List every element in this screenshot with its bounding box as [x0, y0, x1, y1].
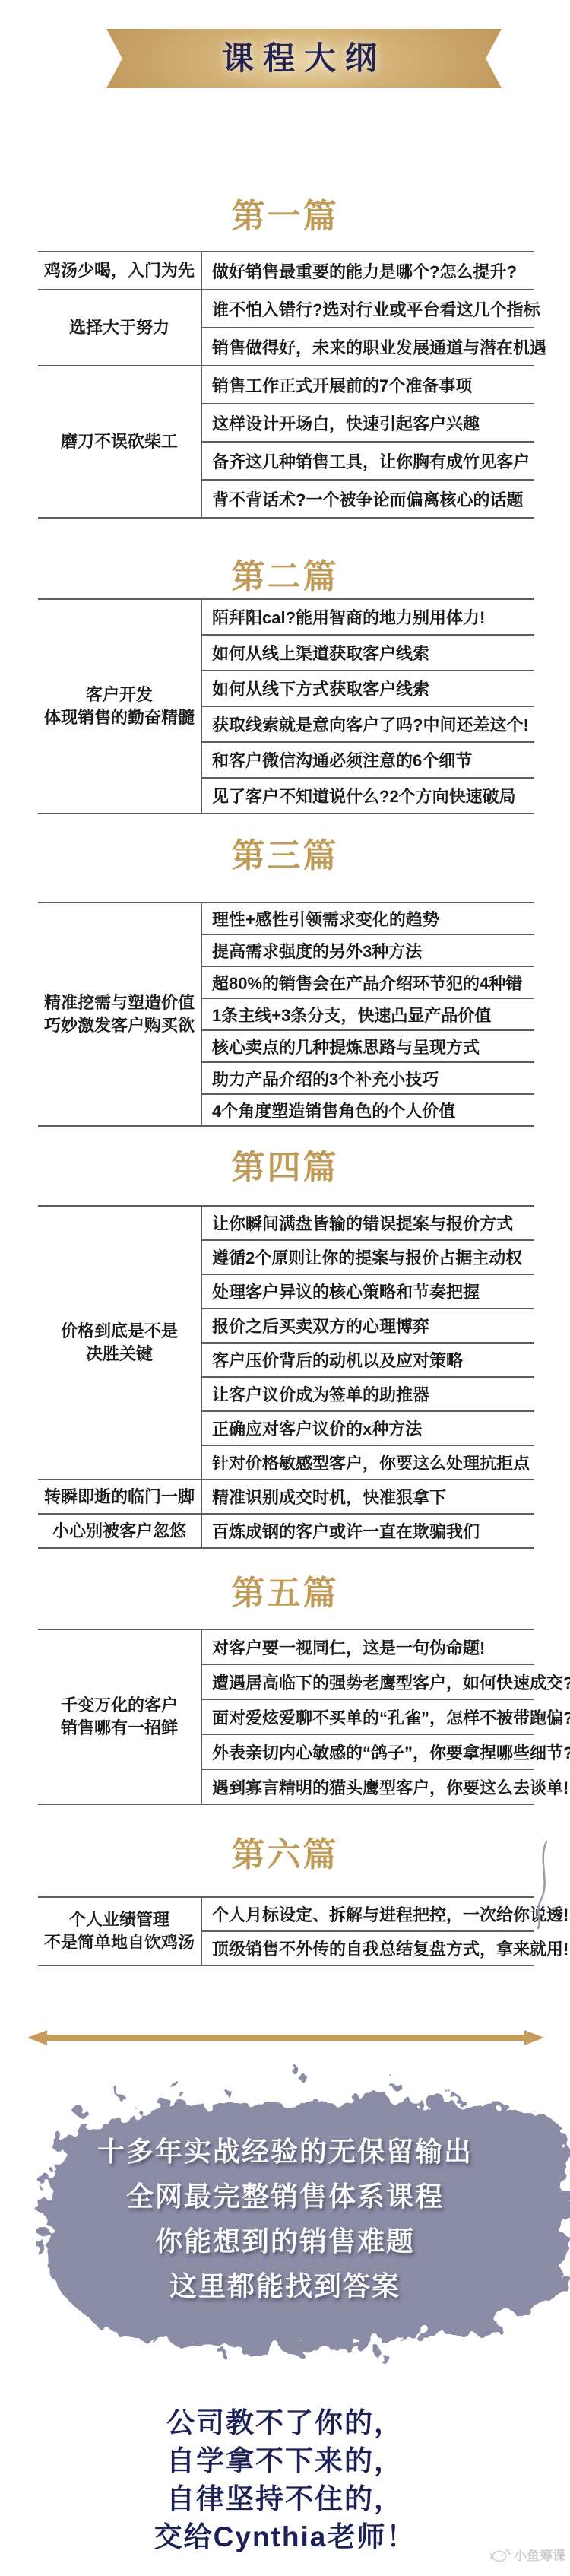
topic-cell: 提高需求强度的另外3种方法	[201, 934, 534, 966]
topic-cell: 获取线索就是意向客户了吗?中间还差这个!	[201, 706, 534, 742]
table-row: 精准挖需与塑造价值巧妙激发客户购买欲理性+感性引领需求变化的趋势	[38, 903, 534, 934]
course-section: 第三篇精准挖需与塑造价值巧妙激发客户购买欲理性+感性引领需求变化的趋势提高需求强…	[0, 836, 570, 1127]
table-row: 个人业绩管理不是简单地自饮鸡汤个人月标设定、拆解与进程把控，一次给你说透!	[38, 1897, 534, 1931]
topic-cell: 谁不怕入错行?选对行业或平台看这几个指标	[201, 290, 534, 328]
table-row: 鸡汤少喝，入门为先做好销售最重要的能力是哪个?怎么提升?	[38, 252, 534, 290]
table-row: 选择大于努力谁不怕入错行?选对行业或平台看这几个指标	[38, 290, 534, 328]
category-cell: 转瞬即逝的临门一脚	[38, 1480, 201, 1514]
course-section: 第二篇客户开发体现销售的勤奋精髓陌拜阳cal?能用智商的地力别用体力!如何从线上…	[0, 557, 570, 814]
topic-cell: 做好销售最重要的能力是哪个?怎么提升?	[201, 252, 534, 290]
topic-cell: 助力产品介绍的3个补充小技巧	[201, 1062, 534, 1094]
category-cell: 选择大于努力	[38, 290, 201, 366]
highlight-line: 你能想到的销售难题	[0, 2219, 570, 2264]
topic-cell: 理性+感性引领需求变化的趋势	[201, 903, 534, 934]
course-outline-ribbon: 课程大纲	[106, 29, 502, 88]
course-section: 第一篇鸡汤少喝，入门为先做好销售最重要的能力是哪个?怎么提升?选择大于努力谁不怕…	[0, 196, 570, 519]
table-row: 小心别被客户忽悠百炼成钢的客户或许一直在欺骗我们	[38, 1514, 534, 1548]
topic-cell: 顶级销售不外传的自我总结复盘方式，拿来就用!	[201, 1931, 534, 1965]
course-section: 第四篇价格到底是不是决胜关键让你瞬间满盘皆输的错误提案与报价方式遵循2个原则让你…	[0, 1147, 570, 1549]
topic-cell: 1条主线+3条分支，快速凸显产品价值	[201, 998, 534, 1030]
category-cell: 个人业绩管理不是简单地自饮鸡汤	[38, 1897, 201, 1965]
topic-cell: 遇到寡言精明的猫头鹰型客户，你要这么去谈单!	[201, 1769, 534, 1804]
topic-cell: 客户压价背后的动机以及应对策略	[201, 1343, 534, 1377]
table-row: 客户开发体现销售的勤奋精髓陌拜阳cal?能用智商的地力别用体力!	[38, 599, 534, 635]
highlight-line: 全网最完整销售体系课程	[0, 2174, 570, 2219]
topic-cell: 这样设计开场白，快速引起客户兴趣	[201, 404, 534, 442]
category-cell: 客户开发体现销售的勤奋精髓	[38, 599, 201, 814]
course-table: 客户开发体现销售的勤奋精髓陌拜阳cal?能用智商的地力别用体力!如何从线上渠道获…	[38, 598, 534, 814]
topic-cell: 背不背话术?一个被争论而偏离核心的话题	[201, 480, 534, 518]
topic-cell: 销售工作正式开展前的7个准备事项	[201, 366, 534, 404]
fish-icon	[489, 2546, 511, 2563]
course-table: 精准挖需与塑造价值巧妙激发客户购买欲理性+感性引领需求变化的趋势提高需求强度的另…	[38, 902, 534, 1127]
topic-cell: 超80%的销售会在产品介绍环节犯的4种错	[201, 966, 534, 998]
topic-cell: 销售做得好，未来的职业发展通道与潜在机遇	[201, 328, 534, 366]
watermark-label: 小鱼筹课	[514, 2545, 565, 2564]
course-table: 千变万化的客户销售哪有一招鲜对客户要一视同仁，这是一句伪命题!遭遇居高临下的强势…	[38, 1629, 534, 1805]
topic-cell: 备齐这几种销售工具，让你胸有成竹见客户	[201, 442, 534, 480]
topic-cell: 精准识别成交时机，快准狠拿下	[201, 1480, 534, 1514]
topic-cell: 正确应对客户议价的x种方法	[201, 1411, 534, 1445]
closing-statement: 公司教不了你的， 自学拿不下来的， 自律坚持不住的， 交给Cynthia老师！	[0, 2404, 570, 2556]
topic-cell: 4个角度塑造销售角色的个人价值	[201, 1094, 534, 1126]
topic-cell: 百炼成钢的客户或许一直在欺骗我们	[201, 1514, 534, 1548]
category-cell: 鸡汤少喝，入门为先	[38, 252, 201, 290]
double-arrow-divider	[27, 2030, 544, 2045]
category-cell: 千变万化的客户销售哪有一招鲜	[38, 1629, 201, 1804]
topic-cell: 对客户要一视同仁，这是一句伪命题!	[201, 1629, 534, 1664]
ink-splash-block: 十多年实战经验的无保留输出 全网最完整销售体系课程 你能想到的销售难题 这里都能…	[0, 2062, 570, 2366]
course-table: 价格到底是不是决胜关键让你瞬间满盘皆输的错误提案与报价方式遵循2个原则让你的提案…	[38, 1205, 534, 1549]
section-title: 第三篇	[0, 836, 570, 877]
section-title: 第六篇	[0, 1835, 570, 1876]
table-row: 磨刀不误砍柴工销售工作正式开展前的7个准备事项	[38, 366, 534, 404]
topic-cell: 见了客户不知道说什么?2个方向快速破局	[201, 778, 534, 814]
watermark: 小鱼筹课	[489, 2545, 565, 2564]
closing-line: 自学拿不下来的，	[0, 2442, 570, 2480]
page-title: 课程大纲	[106, 29, 502, 88]
highlight-line: 这里都能找到答案	[0, 2264, 570, 2308]
topic-cell: 面对爱炫爱聊不买单的“孔雀”，怎样不被带跑偏?	[201, 1699, 534, 1734]
closing-line: 交给Cynthia老师！	[0, 2518, 570, 2556]
topic-cell: 个人月标设定、拆解与进程把控，一次给你说透!	[201, 1897, 534, 1931]
topic-cell: 陌拜阳cal?能用智商的地力别用体力!	[201, 599, 534, 635]
ink-drip-stroke	[528, 1840, 554, 1930]
sections: 第一篇鸡汤少喝，入门为先做好销售最重要的能力是哪个?怎么提升?选择大于努力谁不怕…	[0, 196, 570, 1966]
highlight-text: 十多年实战经验的无保留输出 全网最完整销售体系课程 你能想到的销售难题 这里都能…	[0, 2129, 570, 2308]
topic-cell: 让客户议价成为签单的助推器	[201, 1377, 534, 1411]
arrow-right-head-icon	[524, 2030, 544, 2045]
course-section: 第六篇个人业绩管理不是简单地自饮鸡汤个人月标设定、拆解与进程把控，一次给你说透!…	[0, 1835, 570, 1966]
topic-cell: 处理客户异议的核心策略和节奏把握	[201, 1274, 534, 1309]
category-cell: 价格到底是不是决胜关键	[38, 1206, 201, 1480]
section-title: 第二篇	[0, 557, 570, 598]
course-table: 个人业绩管理不是简单地自饮鸡汤个人月标设定、拆解与进程把控，一次给你说透!顶级销…	[38, 1896, 534, 1966]
closing-line: 自律坚持不住的，	[0, 2480, 570, 2518]
course-table: 鸡汤少喝，入门为先做好销售最重要的能力是哪个?怎么提升?选择大于努力谁不怕入错行…	[38, 251, 534, 519]
topic-cell: 报价之后买卖双方的心理博弈	[201, 1309, 534, 1343]
closing-line: 公司教不了你的，	[0, 2404, 570, 2442]
topic-cell: 和客户微信沟通必须注意的6个细节	[201, 742, 534, 778]
section-title: 第四篇	[0, 1147, 570, 1188]
table-row: 千变万化的客户销售哪有一招鲜对客户要一视同仁，这是一句伪命题!	[38, 1629, 534, 1664]
category-cell: 小心别被客户忽悠	[38, 1514, 201, 1548]
topic-cell: 针对价格敏感型客户，你要这么处理抗拒点	[201, 1445, 534, 1480]
topic-cell: 遭遇居高临下的强势老鹰型客户，如何快速成交?	[201, 1664, 534, 1699]
topic-cell: 遵循2个原则让你的提案与报价占据主动权	[201, 1240, 534, 1274]
category-cell: 磨刀不误砍柴工	[38, 366, 201, 518]
section-title: 第一篇	[0, 196, 570, 237]
category-cell: 精准挖需与塑造价值巧妙激发客户购买欲	[38, 903, 201, 1126]
topic-cell: 外表亲切内心敏感的“鸽子”，你要拿捏哪些细节?	[201, 1734, 534, 1769]
arrow-bar	[40, 2035, 532, 2041]
table-row: 价格到底是不是决胜关键让你瞬间满盘皆输的错误提案与报价方式	[38, 1206, 534, 1240]
table-row: 转瞬即逝的临门一脚精准识别成交时机，快准狠拿下	[38, 1480, 534, 1514]
topic-cell: 核心卖点的几种提炼思路与呈现方式	[201, 1030, 534, 1062]
highlight-line: 十多年实战经验的无保留输出	[0, 2129, 570, 2174]
course-section: 第五篇千变万化的客户销售哪有一招鲜对客户要一视同仁，这是一句伪命题!遭遇居高临下…	[0, 1573, 570, 1805]
topic-cell: 让你瞬间满盘皆输的错误提案与报价方式	[201, 1206, 534, 1240]
topic-cell: 如何从线上渠道获取客户线索	[201, 635, 534, 671]
topic-cell: 如何从线下方式获取客户线索	[201, 671, 534, 706]
section-title: 第五篇	[0, 1573, 570, 1614]
